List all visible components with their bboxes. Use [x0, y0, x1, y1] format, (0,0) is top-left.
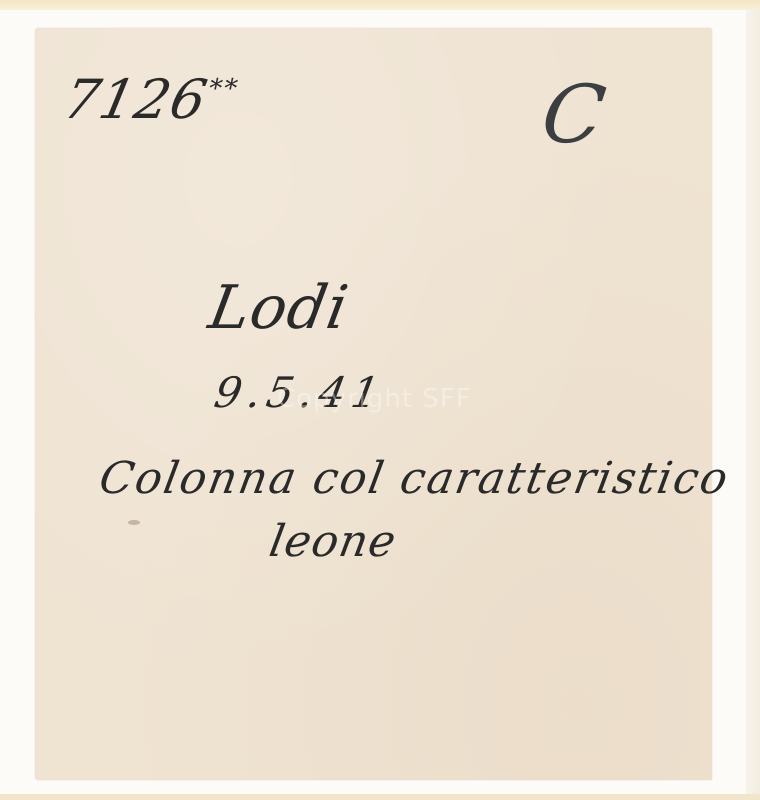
copyright-watermark: Copyright SFF: [277, 384, 472, 414]
paper-stain: [128, 520, 140, 525]
bottom-background-strip: [0, 794, 760, 800]
mount-right-edge: [746, 10, 760, 800]
caption-line-1: Colonna col caratteristico: [96, 453, 734, 504]
top-background-strip: [0, 0, 760, 10]
corner-letter: C: [536, 68, 611, 161]
place-name: Lodi: [204, 273, 354, 343]
catalog-number-text: 7126: [58, 68, 213, 131]
archival-card: 7126** C Lodi 9.5.41 Copyright SFF Colon…: [35, 28, 712, 780]
catalog-number: 7126**: [58, 68, 243, 131]
caption-line-2: leone: [266, 516, 401, 567]
catalog-mark: **: [205, 74, 241, 104]
